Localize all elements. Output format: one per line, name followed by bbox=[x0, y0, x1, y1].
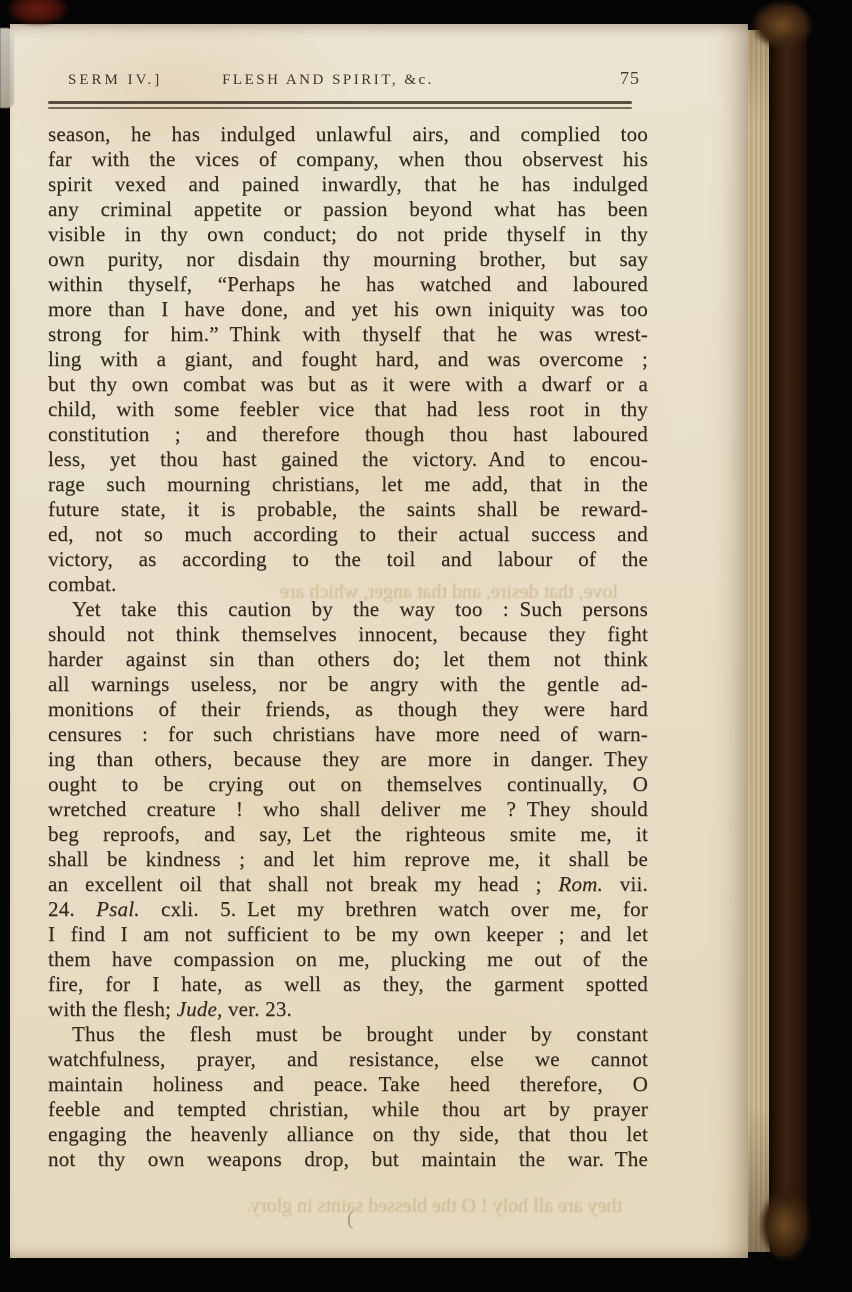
text-line: watchfulness, prayer, and resistance, el… bbox=[48, 1047, 648, 1072]
running-head: SERM IV.] FLESH AND SPIRIT, &c. 75 bbox=[48, 68, 648, 94]
fore-edge-page-stack bbox=[748, 30, 770, 1252]
show-through-text: they are all holy ! O the blessed saints… bbox=[62, 1194, 622, 1218]
rule-thin bbox=[48, 107, 632, 109]
text-line: season, he has indulged unlawful airs, a… bbox=[48, 122, 648, 147]
text-line: victory, as according to the toil and la… bbox=[48, 547, 648, 572]
text-line: ling with a giant, and fought hard, and … bbox=[48, 347, 648, 372]
text-segment: cxli. 5. Let my brethren watch over me, … bbox=[140, 897, 648, 921]
text-line: spirit vexed and pained inwardly, that h… bbox=[48, 172, 648, 197]
text-line: own purity, nor disdain thy mourning bro… bbox=[48, 247, 648, 272]
text-line: ought to be crying out on themselves con… bbox=[48, 772, 648, 797]
text-line: within thyself, “Perhaps he has watched … bbox=[48, 272, 648, 297]
running-head-title: FLESH AND SPIRIT, &c. bbox=[48, 72, 608, 89]
text-line: monitions of their friends, as though th… bbox=[48, 697, 648, 722]
scripture-ref-italic: Psal. bbox=[96, 897, 140, 921]
binding-fragment bbox=[6, 0, 70, 26]
text-line: harder against sin than others do; let t… bbox=[48, 647, 648, 672]
text-line: engaging the heavenly alliance on thy si… bbox=[48, 1122, 648, 1147]
text-line: I find I am not sufficient to be my own … bbox=[48, 922, 648, 947]
text-line: feeble and tempted christian, while thou… bbox=[48, 1097, 648, 1122]
scripture-ref-italic: Jude, bbox=[177, 997, 223, 1021]
text-line: ed, not so much according to their actua… bbox=[48, 522, 648, 547]
text-line: shall be kindness ; and let him reprove … bbox=[48, 847, 648, 872]
text-line: strong for him.” Think with thyself that… bbox=[48, 322, 648, 347]
text-line: censures : for such christians have more… bbox=[48, 722, 648, 747]
header-double-rule bbox=[48, 101, 632, 109]
text-segment: an excellent oil that shall not break my… bbox=[48, 872, 558, 896]
text-line: any criminal appetite or passion beyond … bbox=[48, 197, 648, 222]
text-line: but thy own combat was but as it were wi… bbox=[48, 372, 648, 397]
body-text: season, he has indulged unlawful airs, a… bbox=[48, 122, 648, 1172]
text-segment: vii. bbox=[603, 872, 648, 896]
stray-ink-mark: ( bbox=[347, 1208, 354, 1231]
rule-thick bbox=[48, 101, 632, 104]
text-line: far with the vices of company, when thou… bbox=[48, 147, 648, 172]
text-line: ing than others, because they are more i… bbox=[48, 747, 648, 772]
text-line: maintain holiness and peace. Take heed t… bbox=[48, 1072, 648, 1097]
text-line: them have compassion on me, plucking me … bbox=[48, 947, 648, 972]
text-line: wretched creature ! who shall deliver me… bbox=[48, 797, 648, 822]
book-photograph: SERM IV.] FLESH AND SPIRIT, &c. 75 love,… bbox=[0, 0, 852, 1292]
text-line: less, yet thou hast gained the victory. … bbox=[48, 447, 648, 472]
text-line: beg reproofs, and say, Let the righteous… bbox=[48, 822, 648, 847]
text-line: Yet take this caution by the way too : S… bbox=[48, 597, 648, 622]
text-line: Thus the flesh must be brought under by … bbox=[48, 1022, 648, 1047]
text-segment: 24. bbox=[48, 897, 96, 921]
text-line: 24. Psal. cxli. 5. Let my brethren watch… bbox=[48, 897, 648, 922]
page-number: 75 bbox=[620, 68, 640, 89]
text-segment: ver. 23. bbox=[223, 997, 292, 1021]
text-line: future state, it is probable, the saints… bbox=[48, 497, 648, 522]
adjacent-page-sliver bbox=[0, 28, 14, 108]
text-line: not thy own weapons drop, but maintain t… bbox=[48, 1147, 648, 1172]
text-line: combat. bbox=[48, 572, 648, 597]
text-line: child, with some feebler vice that had l… bbox=[48, 397, 648, 422]
book-cover-edge bbox=[769, 6, 807, 1256]
text-line: fire, for I hate, as well as they, the g… bbox=[48, 972, 648, 997]
text-line: should not think themselves innocent, be… bbox=[48, 622, 648, 647]
cover-corner-worn-bottom bbox=[758, 1188, 812, 1262]
text-line: more than I have done, and yet his own i… bbox=[48, 297, 648, 322]
text-line: all warnings useless, nor be angry with … bbox=[48, 672, 648, 697]
book-page: SERM IV.] FLESH AND SPIRIT, &c. 75 love,… bbox=[10, 24, 748, 1258]
text-segment: with the flesh; bbox=[48, 997, 177, 1021]
text-line: rage such mourning christians, let me ad… bbox=[48, 472, 648, 497]
text-line: an excellent oil that shall not break my… bbox=[48, 872, 648, 897]
scripture-ref-italic: Rom. bbox=[558, 872, 603, 896]
text-line: constitution ; and therefore though thou… bbox=[48, 422, 648, 447]
text-line: visible in thy own conduct; do not pride… bbox=[48, 222, 648, 247]
text-line: with the flesh; Jude, ver. 23. bbox=[48, 997, 648, 1022]
cover-corner-worn-top bbox=[750, 0, 814, 50]
